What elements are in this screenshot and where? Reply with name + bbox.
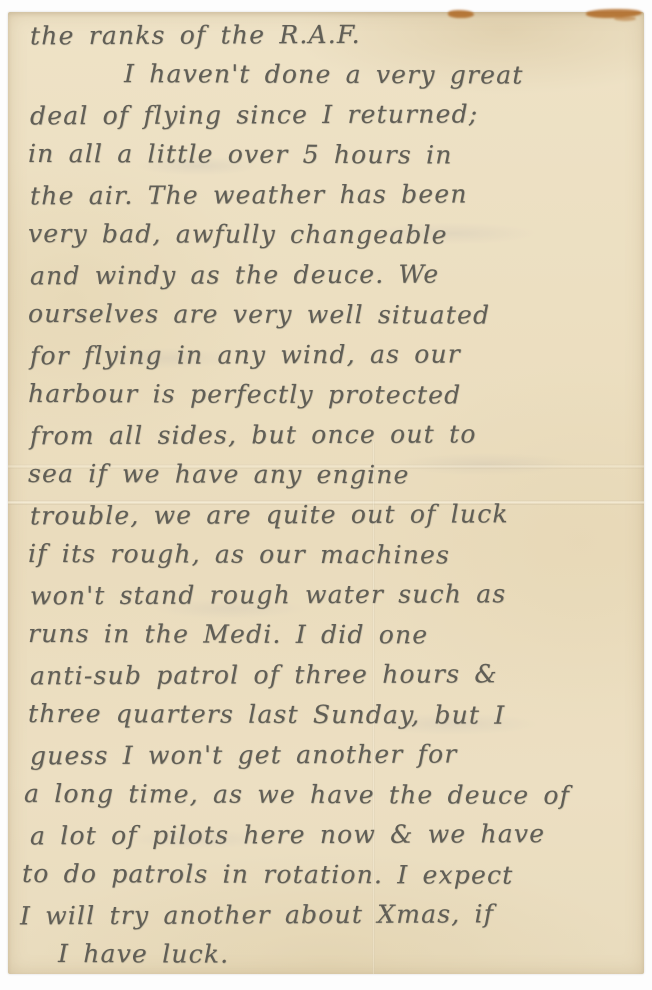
letter-line: to do patrols in rotation. I expect <box>22 854 636 896</box>
letter-line: I will try another about Xmas, if <box>20 894 638 937</box>
letter-line: trouble, we are quite out of luck <box>30 494 638 537</box>
letter-line: a long time, as we have the deuce of <box>24 774 636 816</box>
letter-line: the air. The weather has been <box>30 174 638 217</box>
letter-line: for flying in any wind, as our <box>30 334 638 377</box>
letter-line: anti-sub patrol of three hours & <box>30 654 638 697</box>
letter-scan: the ranks of the R.A.F. I haven't done a… <box>0 0 652 990</box>
letter-line: the ranks of the R.A.F. <box>30 14 638 57</box>
letter-line: won't stand rough water such as <box>30 574 638 617</box>
letter-line: and windy as the deuce. We <box>30 254 638 297</box>
letter-line: guess I won't get another for <box>30 734 638 777</box>
letter-line: ourselves are very well situated <box>28 294 636 336</box>
letter-line: if its rough, as our machines <box>28 534 636 576</box>
letter-line: I have luck. <box>58 934 636 976</box>
letter-line: in all a little over 5 hours in <box>28 134 636 176</box>
letter-line: very bad, awfully changeable <box>28 214 636 256</box>
paper: the ranks of the R.A.F. I haven't done a… <box>8 12 644 974</box>
letter-line: sea if we have any engine <box>28 454 636 496</box>
letter-line: deal of flying since I returned; <box>30 94 638 137</box>
letter-line: harbour is perfectly protected <box>28 374 636 416</box>
letter-text: the ranks of the R.A.F. I haven't done a… <box>28 15 636 975</box>
letter-line: from all sides, but once out to <box>30 414 638 457</box>
letter-line: a lot of pilots here now & we have <box>30 814 638 857</box>
letter-line: three quarters last Sunday, but I <box>28 694 636 736</box>
letter-line: I haven't done a very great <box>124 54 636 96</box>
letter-line: runs in the Medi. I did one <box>28 614 636 656</box>
